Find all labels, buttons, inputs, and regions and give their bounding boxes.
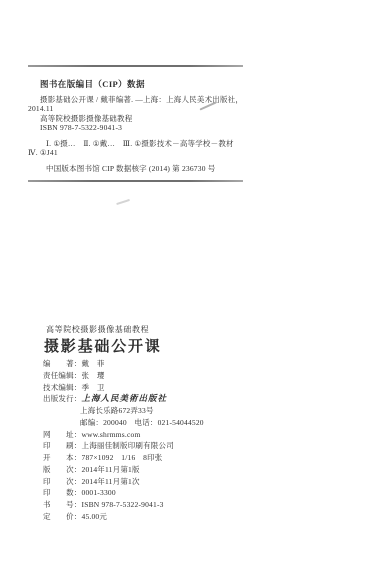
row-value: 2014年11月第1次 [82,477,140,486]
colophon-row-website: 网 址：www.shrmms.com [43,429,204,441]
publisher-logotype: 上海人民美術出版社 [82,393,168,403]
colophon-row-author: 编 著：戴 菲 [43,358,204,370]
colophon-row-isbn: 书 号：ISBN 978-7-5322-9041-3 [43,499,204,511]
colophon-row-address: 上海长乐路672弄33号 [43,405,204,417]
cip-classification-line: Ⅳ. ①J41 [28,148,58,157]
row-label: 定 价： [43,511,82,523]
row-value: 上海长乐路672弄33号 [80,406,154,415]
cip-classification-line: Ⅰ. ①摄… Ⅱ. ①戴… Ⅲ. ①摄影技术－高等学校－教材 [46,138,234,149]
row-value: 0001-3300 [82,488,116,497]
cip-registry-number: 中国版本图书馆 CIP 数据核字 (2014) 第 236730 号 [46,163,215,174]
colophon-row-print-run: 印 数：0001-3300 [43,487,204,499]
row-value: 季 卫 [82,383,105,392]
colophon-row-edition: 版 次：2014年11月第1版 [43,464,204,476]
row-value: 45.00元 [82,512,108,521]
cip-header: 图书在版编目（CIP）数据 [40,78,145,90]
row-label: 技术编辑： [43,382,82,394]
row-value: 戴 菲 [82,359,105,368]
row-label: 出版发行： [43,393,82,405]
series-title: 高等院校摄影摄像基础教程 [46,324,149,335]
colophon-row-format: 开 本：787×1092 1/16 8印张 [43,452,204,464]
cip-record-line: 2014.11 [28,104,54,113]
row-value: 上海丽佳制版印刷有限公司 [82,441,174,450]
top-divider [28,65,243,67]
bottom-divider [28,180,243,182]
row-label: 版 次： [43,464,82,476]
row-label: 开 本： [43,452,82,464]
row-label: 印 刷： [43,440,82,452]
colophon-credits: 编 著：戴 菲 责任编辑：张 璎 技术编辑：季 卫 出版发行：上海人民美術出版社… [43,358,204,523]
row-value: 787×1092 1/16 8印张 [82,453,163,462]
row-label: 网 址： [43,429,82,441]
scan-artifact [116,199,130,205]
colophon-row-price: 定 价：45.00元 [43,511,204,523]
row-value: 2014年11月第1版 [82,465,140,474]
book-colophon-page: 图书在版编目（CIP）数据 摄影基础公开课 / 戴菲编著. —上海：上海人民美术… [0,0,375,568]
colophon-row-tech-editor: 技术编辑：季 卫 [43,382,204,394]
row-label: 印 次： [43,476,82,488]
row-label: 书 号： [43,499,82,511]
colophon-row-publisher: 出版发行：上海人民美術出版社 [43,393,204,405]
row-label: 责任编辑： [43,370,82,382]
row-value: 张 璎 [82,371,105,380]
row-value: www.shrmms.com [82,430,141,439]
row-value: 邮编：200040 电话：021-54044520 [80,418,204,427]
colophon-row-printer: 印 刷：上海丽佳制版印刷有限公司 [43,440,204,452]
row-label: 编 著： [43,358,82,370]
colophon-row-editor: 责任编辑：张 璎 [43,370,204,382]
cip-record-isbn: ISBN 978-7-5322-9041-3 [40,123,122,132]
colophon-row-postcode-phone: 邮编：200040 电话：021-54044520 [43,417,204,429]
book-title: 摄影基础公开课 [44,335,162,356]
row-value: ISBN 978-7-5322-9041-3 [82,500,164,509]
colophon-row-impression: 印 次：2014年11月第1次 [43,476,204,488]
row-label: 印 数： [43,487,82,499]
